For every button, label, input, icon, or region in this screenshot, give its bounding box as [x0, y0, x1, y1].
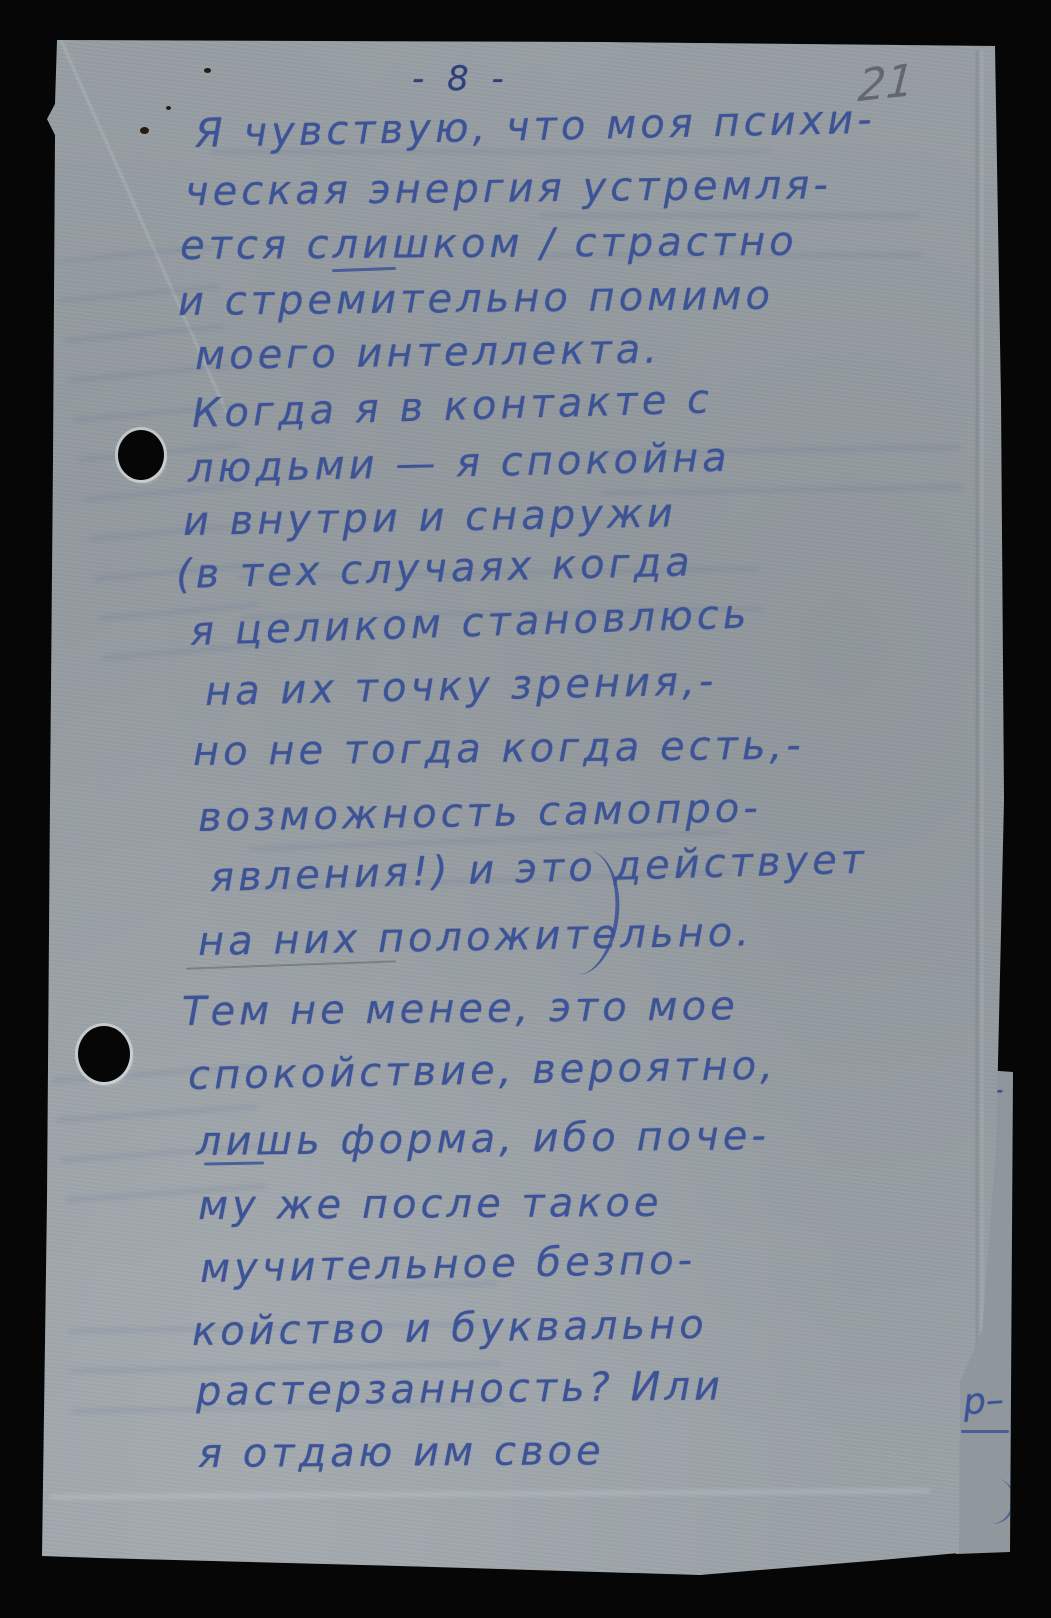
handwritten-line: на них положительно. [198, 910, 754, 964]
crease-line [981, 50, 983, 1540]
handwritten-line: моего интеллекта. [195, 327, 662, 378]
handwritten-line: Я чувствую, что моя психи- [195, 98, 877, 156]
handwritten-line: возможность самопро- [198, 786, 762, 840]
crease-line [50, 1489, 930, 1499]
document-scan: – р– - 8 - 21 Я чувствую, что моя психи- [0, 0, 1051, 1618]
handwritten-line: ется слишком / страстно [180, 220, 798, 268]
paper-speck [204, 68, 211, 73]
paper-speck [166, 106, 171, 110]
handwritten-line: но не тогда когда есть,- [193, 724, 805, 774]
handwritten-line: спокойствие, вероятно, [188, 1044, 778, 1098]
manuscript-page: - 8 - 21 Я чувствую, что моя психи- ческ… [0, 0, 1051, 1618]
page-number: - 8 - [412, 62, 510, 96]
handwritten-line: на их точку зрения,- [205, 659, 718, 714]
handwritten-line: му же после такое [198, 1181, 663, 1228]
handwritten-line: койство и буквально [192, 1303, 708, 1354]
punch-hole [78, 1026, 130, 1082]
punch-hole [118, 430, 164, 480]
edge-ink-curve [968, 1475, 1018, 1528]
handwritten-line: растерзанность? Или [196, 1364, 724, 1414]
crease-line [976, 50, 978, 1540]
handwritten-line: и стремительно помимо [178, 274, 774, 324]
handwritten-line: мучительное безпо- [200, 1238, 697, 1291]
edge-ink-stroke [961, 1430, 1009, 1433]
paper-speck [140, 127, 149, 134]
handwritten-line: Тем не менее, это мое [182, 984, 739, 1034]
edge-ink-fragment: р– [962, 1383, 1005, 1422]
handwritten-line: лишь форма, ибо поче- [196, 1114, 770, 1164]
handwritten-line: и внутри и снаружи [183, 491, 678, 544]
handwritten-line: я отдаю им свое [198, 1429, 605, 1476]
handwritten-line: ческая энергия устремля- [185, 163, 832, 214]
